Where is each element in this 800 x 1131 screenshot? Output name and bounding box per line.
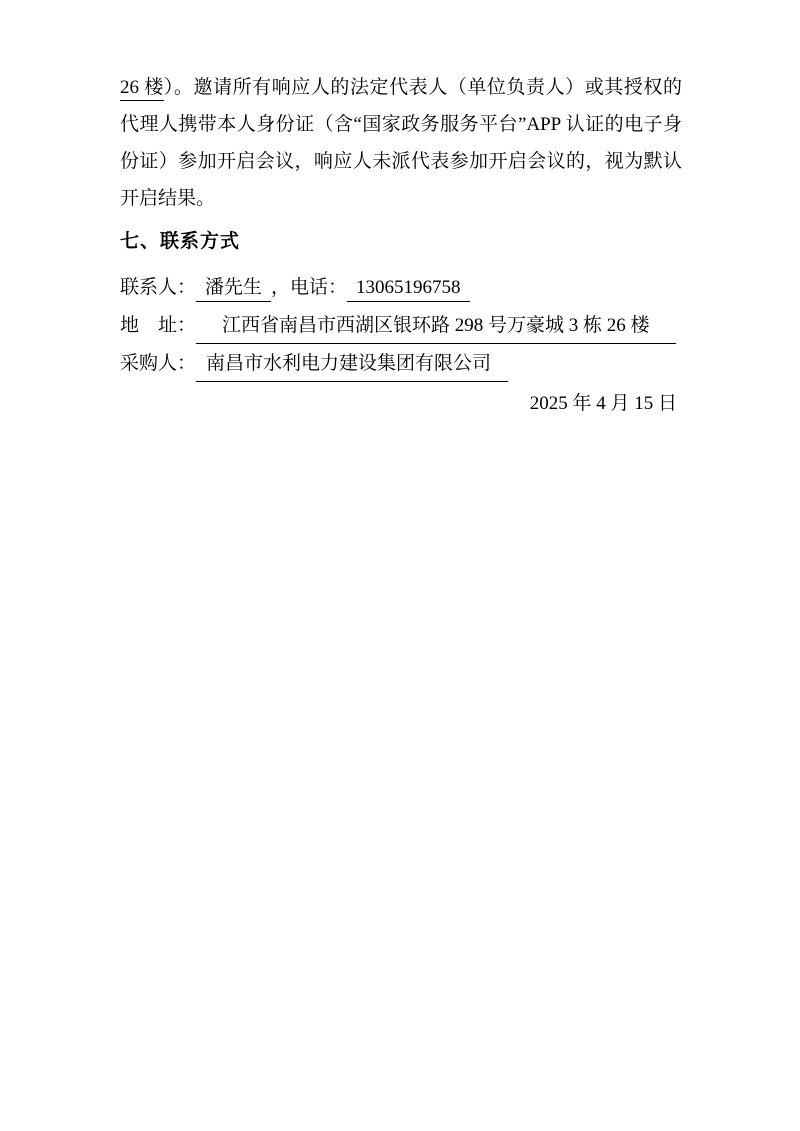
paragraph-body-text: ）。邀请所有响应人的法定代表人（单位负责人）或其授权的代理人携带本人身份证（含“… <box>120 77 682 209</box>
opening-meeting-paragraph: 26 楼）。邀请所有响应人的法定代表人（单位负责人）或其授权的代理人携带本人身份… <box>120 69 682 217</box>
paragraph-underlined-lead: 26 楼 <box>120 77 164 101</box>
contact-address-label: 地 址： <box>120 315 196 336</box>
contact-person-label: 联系人： <box>120 277 196 298</box>
document-date: 2025 年 4 月 15 日 <box>530 390 677 418</box>
contact-address-row: 地 址：江西省南昌市西湖区银环路 298 号万豪城 3 栋 26 楼 <box>120 312 676 344</box>
contact-phone-label: ，电话： <box>271 277 347 298</box>
contact-purchaser-label: 采购人： <box>120 353 196 374</box>
document-page: 26 楼）。邀请所有响应人的法定代表人（单位负责人）或其授权的代理人携带本人身份… <box>0 0 800 1131</box>
section-heading-contact-info: 七、联系方式 <box>120 229 240 255</box>
contact-person-row: 联系人：潘先生，电话：13065196758 <box>120 274 470 302</box>
contact-purchaser-row: 采购人：南昌市水利电力建设集团有限公司 <box>120 350 508 382</box>
contact-purchaser-value: 南昌市水利电力建设集团有限公司 <box>196 350 508 382</box>
contact-phone-value: 13065196758 <box>347 277 470 302</box>
contact-address-value: 江西省南昌市西湖区银环路 298 号万豪城 3 栋 26 楼 <box>196 312 676 344</box>
contact-person-value: 潘先生 <box>196 277 271 302</box>
